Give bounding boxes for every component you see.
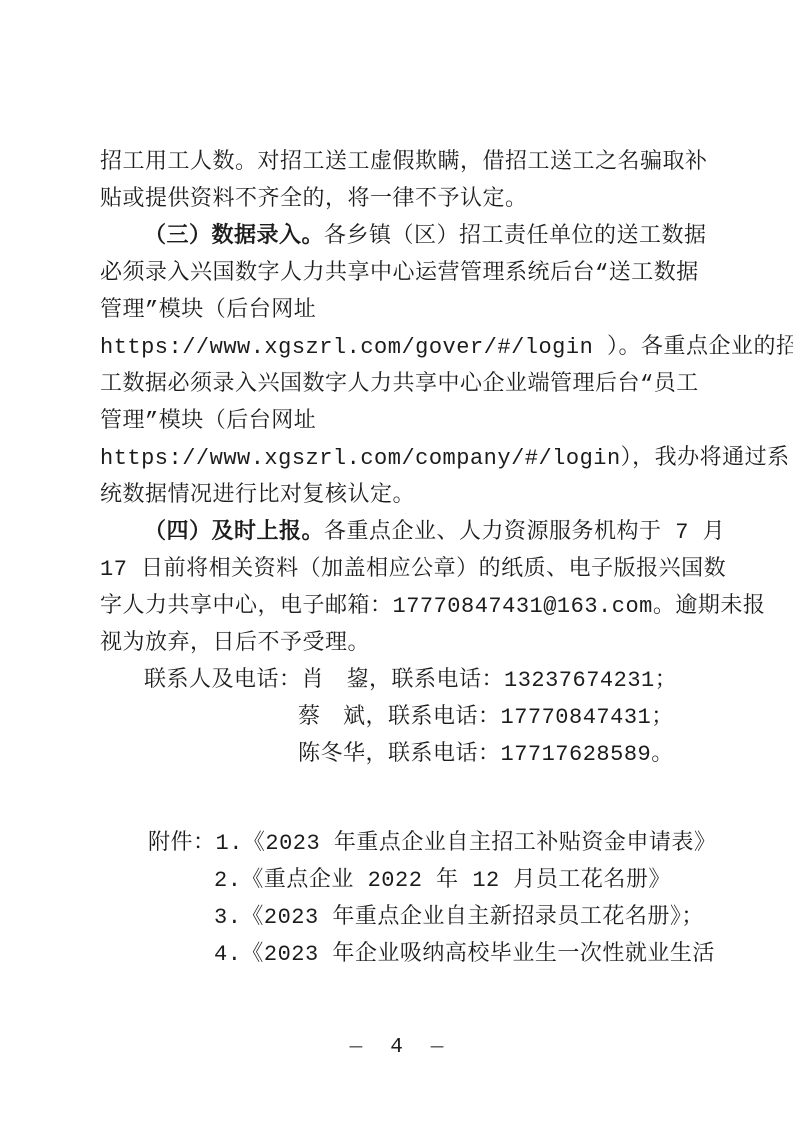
url-line: https://www.xgszrl.com/company/#/login），… [100, 440, 716, 477]
footer-left-dash: — [350, 1036, 363, 1059]
contact-line: 陈冬华，联系电话：17717628589。 [100, 736, 716, 773]
text-segment: https://www.xgszrl.com/company/#/login），… [100, 446, 790, 471]
text-segment: 招工用工人数。对招工送工虚假欺瞒，借招工送工之名骗取补 [100, 150, 708, 175]
section-3-heading-line: （三）数据录入。各乡镇（区）招工责任单位的送工数据 [100, 218, 716, 255]
text-segment: 4.《2023 年企业吸纳高校毕业生一次性就业生活 [214, 942, 715, 967]
text-segment: 附件：1.《2023 年重点企业自主招工补贴资金申请表》 [148, 831, 716, 856]
body-line: 视为放弃，日后不予受理。 [100, 625, 716, 662]
text-segment: 字人力共享中心，电子邮箱：17770847431@163.com。逾期未报 [100, 594, 765, 619]
text-segment: 17 日前将相关资料（加盖相应公章）的纸质、电子版报兴国数 [100, 557, 726, 582]
body-line: 管理”模块（后台网址 [100, 292, 716, 329]
body-line: 17 日前将相关资料（加盖相应公章）的纸质、电子版报兴国数 [100, 551, 716, 588]
body-line: 工数据必须录入兴国数字人力共享中心企业端管理后台“员工 [100, 366, 716, 403]
body-line: 必须录入兴国数字人力共享中心运营管理系统后台“送工数据 [100, 255, 716, 292]
text-segment: 3.《2023 年重点企业自主新招录员工花名册》； [214, 905, 704, 930]
text-segment: 管理”模块（后台网址 [100, 409, 316, 434]
attachment-line: 2.《重点企业 2022 年 12 月员工花名册》 [100, 862, 716, 899]
text-segment: 必须录入兴国数字人力共享中心运营管理系统后台“送工数据 [100, 261, 699, 286]
text-segment: 蔡 斌，联系电话：17770847431； [298, 705, 674, 730]
text-segment: 工数据必须录入兴国数字人力共享中心企业端管理后台“员工 [100, 372, 699, 397]
text-segment: 贴或提供资料不齐全的，将一律不予认定。 [100, 187, 528, 212]
text-segment: 联系人及电话：肖 鋆，联系电话：13237674231； [144, 668, 677, 693]
heading-text: （三）数据录入。 [144, 224, 324, 249]
document-body: 招工用工人数。对招工送工虚假欺瞒，借招工送工之名骗取补贴或提供资料不齐全的，将一… [100, 144, 716, 973]
text-segment: 2.《重点企业 2022 年 12 月员工花名册》 [214, 868, 671, 893]
heading-text: （四）及时上报。 [144, 520, 324, 545]
text-segment: https://www.xgszrl.com/gover/#/login ）。各… [100, 335, 793, 360]
page-footer: — 4 — [0, 1036, 793, 1059]
text-segment: 统数据情况进行比对复核认定。 [100, 483, 415, 508]
contact-line: 联系人及电话：肖 鋆，联系电话：13237674231； [100, 662, 716, 699]
body-line: 统数据情况进行比对复核认定。 [100, 477, 716, 514]
footer-right-dash: — [431, 1036, 444, 1059]
page-number: 4 [390, 1036, 403, 1059]
url-line: https://www.xgszrl.com/gover/#/login ）。各… [100, 329, 716, 366]
attachment-heading-line: 附件：1.《2023 年重点企业自主招工补贴资金申请表》 [100, 825, 716, 862]
text-segment: 视为放弃，日后不予受理。 [100, 631, 370, 656]
body-line: 贴或提供资料不齐全的，将一律不予认定。 [100, 181, 716, 218]
section-4-heading-line: （四）及时上报。各重点企业、人力资源服务机构于 7 月 [100, 514, 716, 551]
body-line: 招工用工人数。对招工送工虚假欺瞒，借招工送工之名骗取补 [100, 144, 716, 181]
text-segment: 各重点企业、人力资源服务机构于 7 月 [324, 520, 725, 545]
document-page: 招工用工人数。对招工送工虚假欺瞒，借招工送工之名骗取补贴或提供资料不齐全的，将一… [0, 0, 793, 1122]
contact-line: 蔡 斌，联系电话：17770847431； [100, 699, 716, 736]
text-segment: 各乡镇（区）招工责任单位的送工数据 [324, 224, 707, 249]
attachment-line: 3.《2023 年重点企业自主新招录员工花名册》； [100, 899, 716, 936]
body-line: 管理”模块（后台网址 [100, 403, 716, 440]
attachment-line: 4.《2023 年企业吸纳高校毕业生一次性就业生活 [100, 936, 716, 973]
text-segment: 管理”模块（后台网址 [100, 298, 316, 323]
text-segment: 陈冬华，联系电话：17717628589。 [298, 742, 674, 767]
body-line: 字人力共享中心，电子邮箱：17770847431@163.com。逾期未报 [100, 588, 716, 625]
